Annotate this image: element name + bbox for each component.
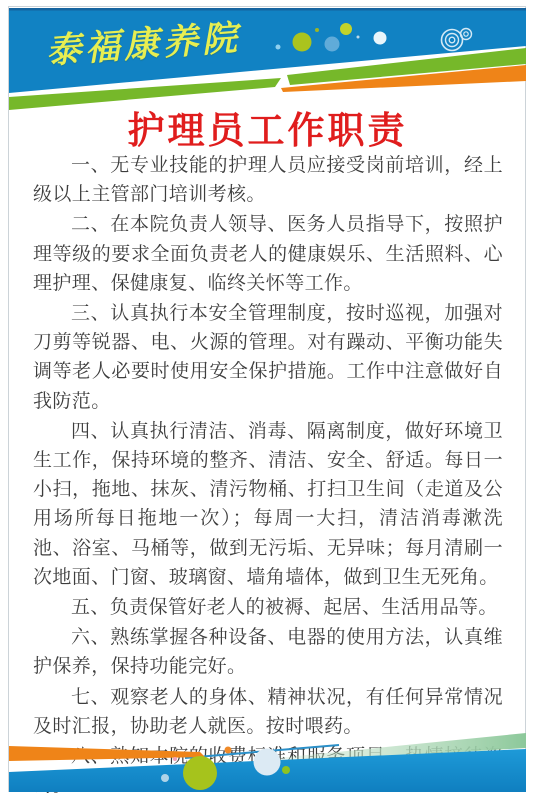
poster-title: 护理员工作职责 xyxy=(0,100,535,154)
poster-page: 泰福康养院 护理员工作职责 一、无专业技能的护理人员应接受岗前培训，经上级以上主… xyxy=(0,0,535,800)
duty-item-5: 五、负责保管好老人的被褥、起居、生活用品等。 xyxy=(33,593,503,622)
footer-banner xyxy=(9,728,526,792)
duty-item-6: 六、熟练掌握各种设备、电器的使用方法，认真维护保养，保持功能完好。 xyxy=(33,623,503,681)
duty-item-4: 四、认真执行清洁、消毒、隔离制度，做好环境卫生工作，保持环境的整齐、清洁、安全、… xyxy=(33,417,503,592)
duty-item-3: 三、认真执行本安全管理制度，按时巡视，加强对刀剪等锐器、电、火源的管理。对有躁动… xyxy=(33,299,503,416)
duty-item-2: 二、在本院负责人领导、医务人员指导下，按照护理等级的要求全面负责老人的健康娱乐、… xyxy=(33,210,503,298)
duty-list: 一、无专业技能的护理人员应接受岗前培训，经上级以上主管部门培训考核。 二、在本院… xyxy=(33,151,503,800)
duty-item-1: 一、无专业技能的护理人员应接受岗前培训，经上级以上主管部门培训考核。 xyxy=(33,151,503,209)
